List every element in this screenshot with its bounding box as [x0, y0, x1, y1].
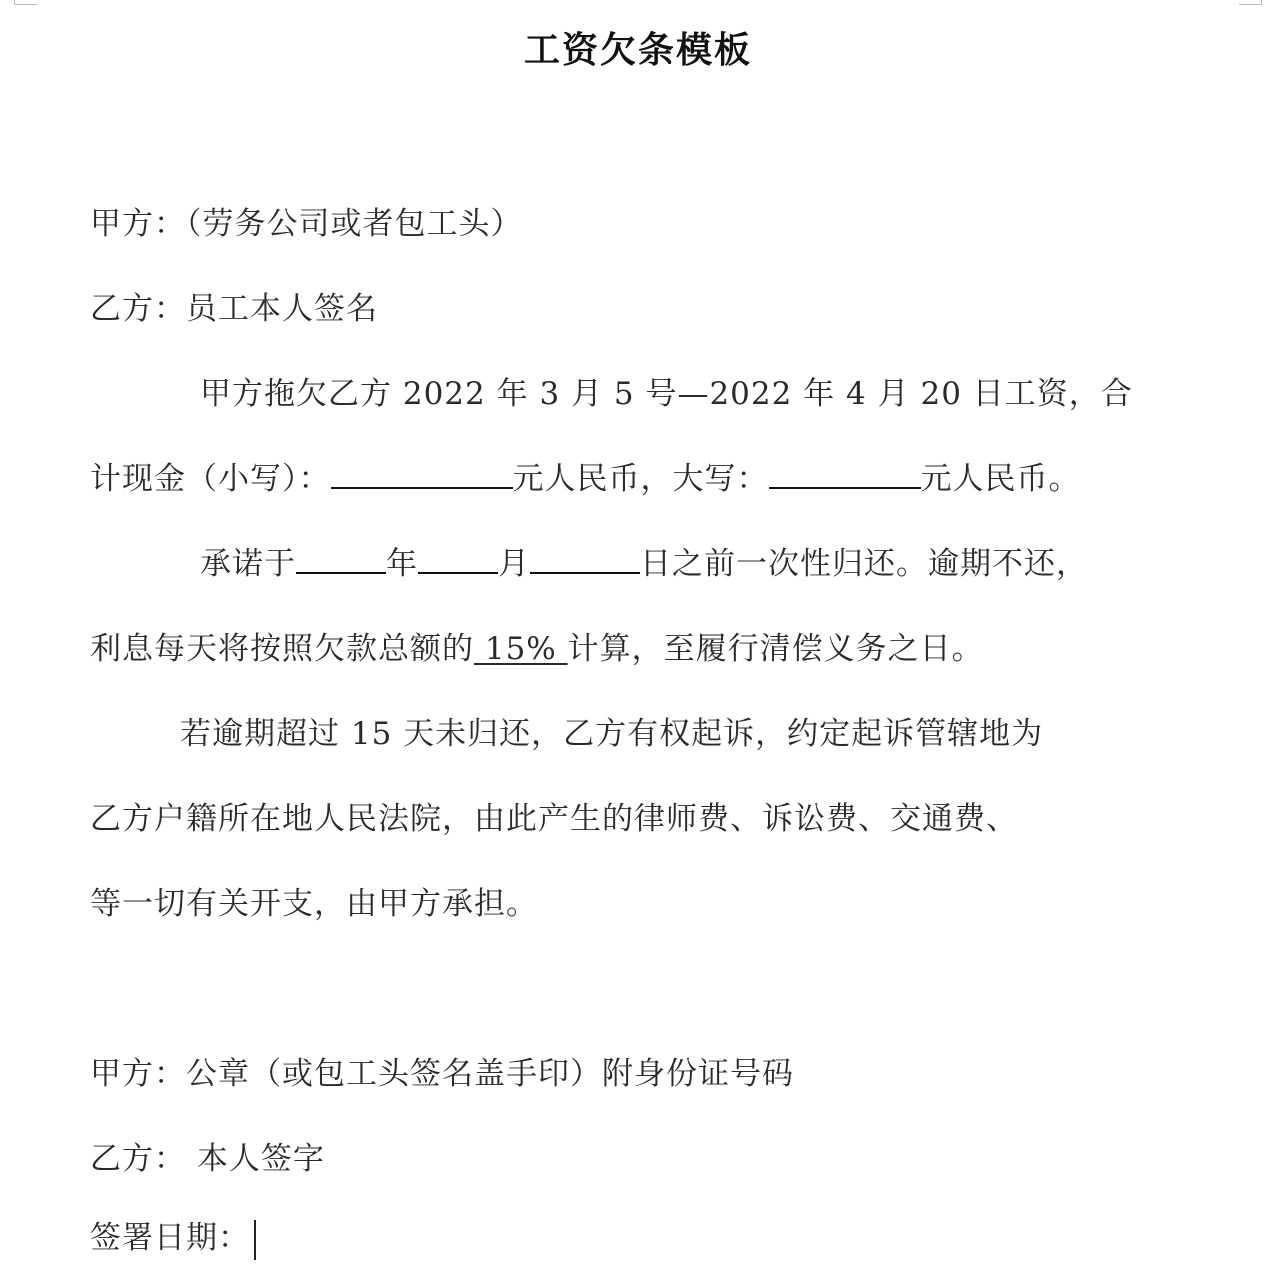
sign-date-label: 签署日期： — [90, 1220, 250, 1256]
page-corner-mark-right — [1239, 0, 1262, 5]
month-label: 月 — [498, 546, 530, 582]
month-blank[interactable] — [418, 544, 498, 574]
amount-small-label: 计现金（小写）： — [90, 461, 331, 497]
currency-suffix: 元人民币。 — [921, 461, 1081, 497]
amount-large-label: 元人民币，大写： — [513, 461, 769, 497]
para2-line1: 承诺于年月日之前一次性归还。逾期不还， — [200, 538, 1088, 583]
interest-suffix: 计算，至履行清偿义务之日。 — [568, 631, 984, 667]
para1-line1: 甲方拖欠乙方 2022 年 3 月 5 号—2022 年 4 月 20 日工资，… — [200, 368, 1133, 413]
sign-date-line[interactable]: 签署日期： — [90, 1212, 256, 1260]
sign-party-a: 甲方：公章（或包工头签名盖手印）附身份证号码 — [90, 1048, 794, 1093]
document-title: 工资欠条模板 — [0, 22, 1276, 73]
repay-text: 日之前一次性归还。逾期不还， — [640, 546, 1088, 582]
party-a-line: 甲方：（劳务公司或者包工头） — [90, 198, 523, 243]
sign-party-b: 乙方： 本人签字 — [90, 1133, 325, 1178]
para3-line2: 乙方户籍所在地人民法院，由此产生的律师费、诉讼费、交通费、 — [90, 793, 1018, 838]
year-label: 年 — [386, 546, 418, 582]
day-blank[interactable] — [530, 544, 640, 574]
interest-rate: 15% — [474, 631, 568, 667]
text-cursor — [254, 1220, 256, 1260]
para3-line1: 若逾期超过 15 天未归还，乙方有权起诉，约定起诉管辖地为 — [180, 708, 1043, 753]
amount-large-blank[interactable] — [769, 459, 921, 489]
promise-label: 承诺于 — [200, 546, 296, 582]
amount-small-blank[interactable] — [331, 459, 513, 489]
party-b-line: 乙方：员工本人签名 — [90, 283, 378, 328]
para3-line3: 等一切有关开支，由甲方承担。 — [90, 878, 538, 923]
interest-label: 利息每天将按照欠款总额的 — [90, 631, 474, 667]
para1-line2: 计现金（小写）：元人民币，大写：元人民币。 — [90, 453, 1081, 498]
para2-line2: 利息每天将按照欠款总额的 15% 计算，至履行清偿义务之日。 — [90, 623, 984, 668]
year-blank[interactable] — [296, 544, 386, 574]
page-corner-mark-left — [14, 0, 37, 5]
